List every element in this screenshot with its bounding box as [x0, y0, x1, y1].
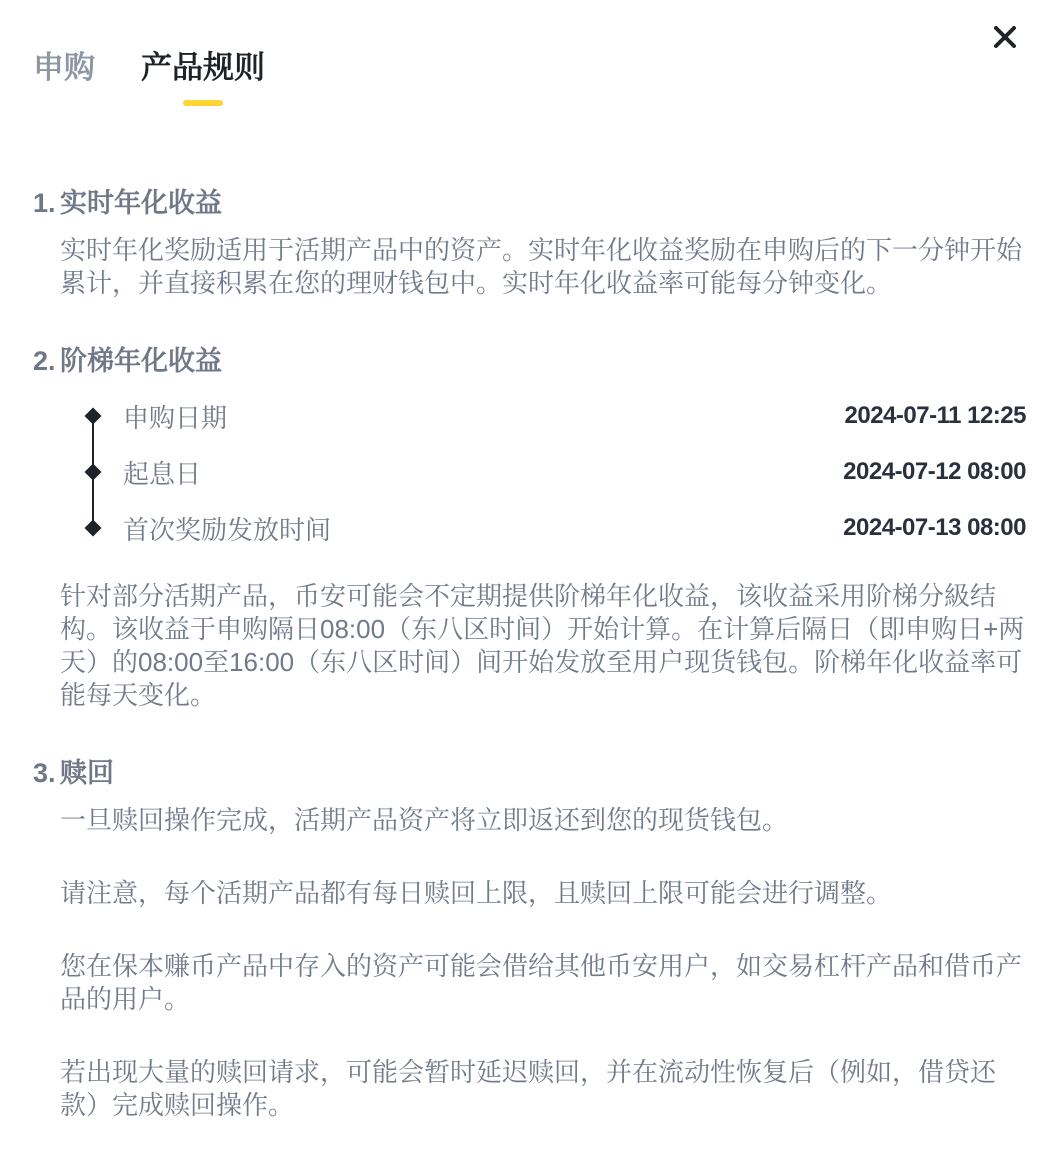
timeline-row-first-reward: 首次奖励发放时间 2024-07-13 08:00 — [60, 500, 1026, 556]
tab-subscribe-label: 申购 — [33, 50, 95, 85]
paragraph: 请注意，每个活期产品都有每日赎回上限，且赎回上限可能会进行调整。 — [60, 877, 1026, 910]
timeline-value: 2024-07-13 08:00 — [843, 514, 1026, 542]
close-x-icon — [990, 22, 1020, 52]
tab-bar: 申购 产品规则 — [33, 42, 1020, 106]
section-title-text: 阶梯年化收益 — [60, 344, 222, 378]
section-title: 1. 实时年化收益 — [33, 186, 1026, 220]
paragraph: 若出现大量的赎回请求，可能会暂时延迟赎回，并在流动性恢复后（例如，借贷还款）完成… — [60, 1056, 1026, 1122]
timeline-value: 2024-07-11 12:25 — [845, 402, 1027, 430]
paragraph: 实时年化奖励适用于活期产品中的资产。实时年化收益奖励在申购后的下一分钟开始累计，… — [60, 234, 1026, 300]
timeline-label: 申购日期 — [123, 398, 227, 435]
paragraph: 针对部分活期产品，币安可能会不定期提供阶梯年化收益，该收益采用阶梯分級结构。该收… — [60, 580, 1026, 712]
tab-product-rules-label: 产品规则 — [141, 50, 265, 85]
close-button[interactable] — [988, 20, 1022, 54]
tab-subscribe[interactable]: 申购 — [33, 42, 95, 87]
timeline-row-subscription-date: 申购日期 2024-07-11 12:25 — [60, 388, 1026, 444]
section-body: 申购日期 2024-07-11 12:25 起息日 2024-07-12 08:… — [33, 388, 1026, 712]
rules-content: 1. 实时年化收益 实时年化奖励适用于活期产品中的资产。实时年化收益奖励在申购后… — [0, 186, 1064, 1122]
section-body: 实时年化奖励适用于活期产品中的资产。实时年化收益奖励在申购后的下一分钟开始累计，… — [33, 234, 1026, 300]
section-number: 1. — [33, 186, 60, 220]
section-realtime-apr: 1. 实时年化收益 实时年化奖励适用于活期产品中的资产。实时年化收益奖励在申购后… — [33, 186, 1026, 300]
section-number: 3. — [33, 756, 60, 790]
dialog-header: 申购 产品规则 — [0, 0, 1064, 106]
section-tiered-apr: 2. 阶梯年化收益 申购日期 2024-07-11 12:25 起息日 2024… — [33, 344, 1026, 712]
timeline-row-value-date: 起息日 2024-07-12 08:00 — [60, 444, 1026, 500]
section-title: 2. 阶梯年化收益 — [33, 344, 1026, 378]
active-tab-underline — [183, 100, 223, 106]
timeline-label: 起息日 — [123, 454, 201, 491]
section-redemption: 3. 赎回 一旦赎回操作完成，活期产品资产将立即返还到您的现货钱包。 请注意，每… — [33, 756, 1026, 1122]
diamond-icon — [85, 520, 102, 537]
paragraph: 一旦赎回操作完成，活期产品资产将立即返还到您的现货钱包。 — [60, 804, 1026, 837]
diamond-icon — [85, 464, 102, 481]
tab-product-rules[interactable]: 产品规则 — [141, 42, 265, 106]
timeline-label: 首次奖励发放时间 — [123, 510, 331, 547]
subscription-timeline: 申购日期 2024-07-11 12:25 起息日 2024-07-12 08:… — [60, 388, 1026, 556]
timeline-value: 2024-07-12 08:00 — [843, 458, 1026, 486]
section-body: 一旦赎回操作完成，活期产品资产将立即返还到您的现货钱包。 请注意，每个活期产品都… — [33, 804, 1026, 1122]
section-number: 2. — [33, 344, 60, 378]
section-title-text: 赎回 — [60, 756, 114, 790]
section-title: 3. 赎回 — [33, 756, 1026, 790]
diamond-icon — [85, 408, 102, 425]
section-title-text: 实时年化收益 — [60, 186, 222, 220]
paragraph: 您在保本赚币产品中存入的资产可能会借给其他币安用户，如交易杠杆产品和借币产品的用… — [60, 950, 1026, 1016]
